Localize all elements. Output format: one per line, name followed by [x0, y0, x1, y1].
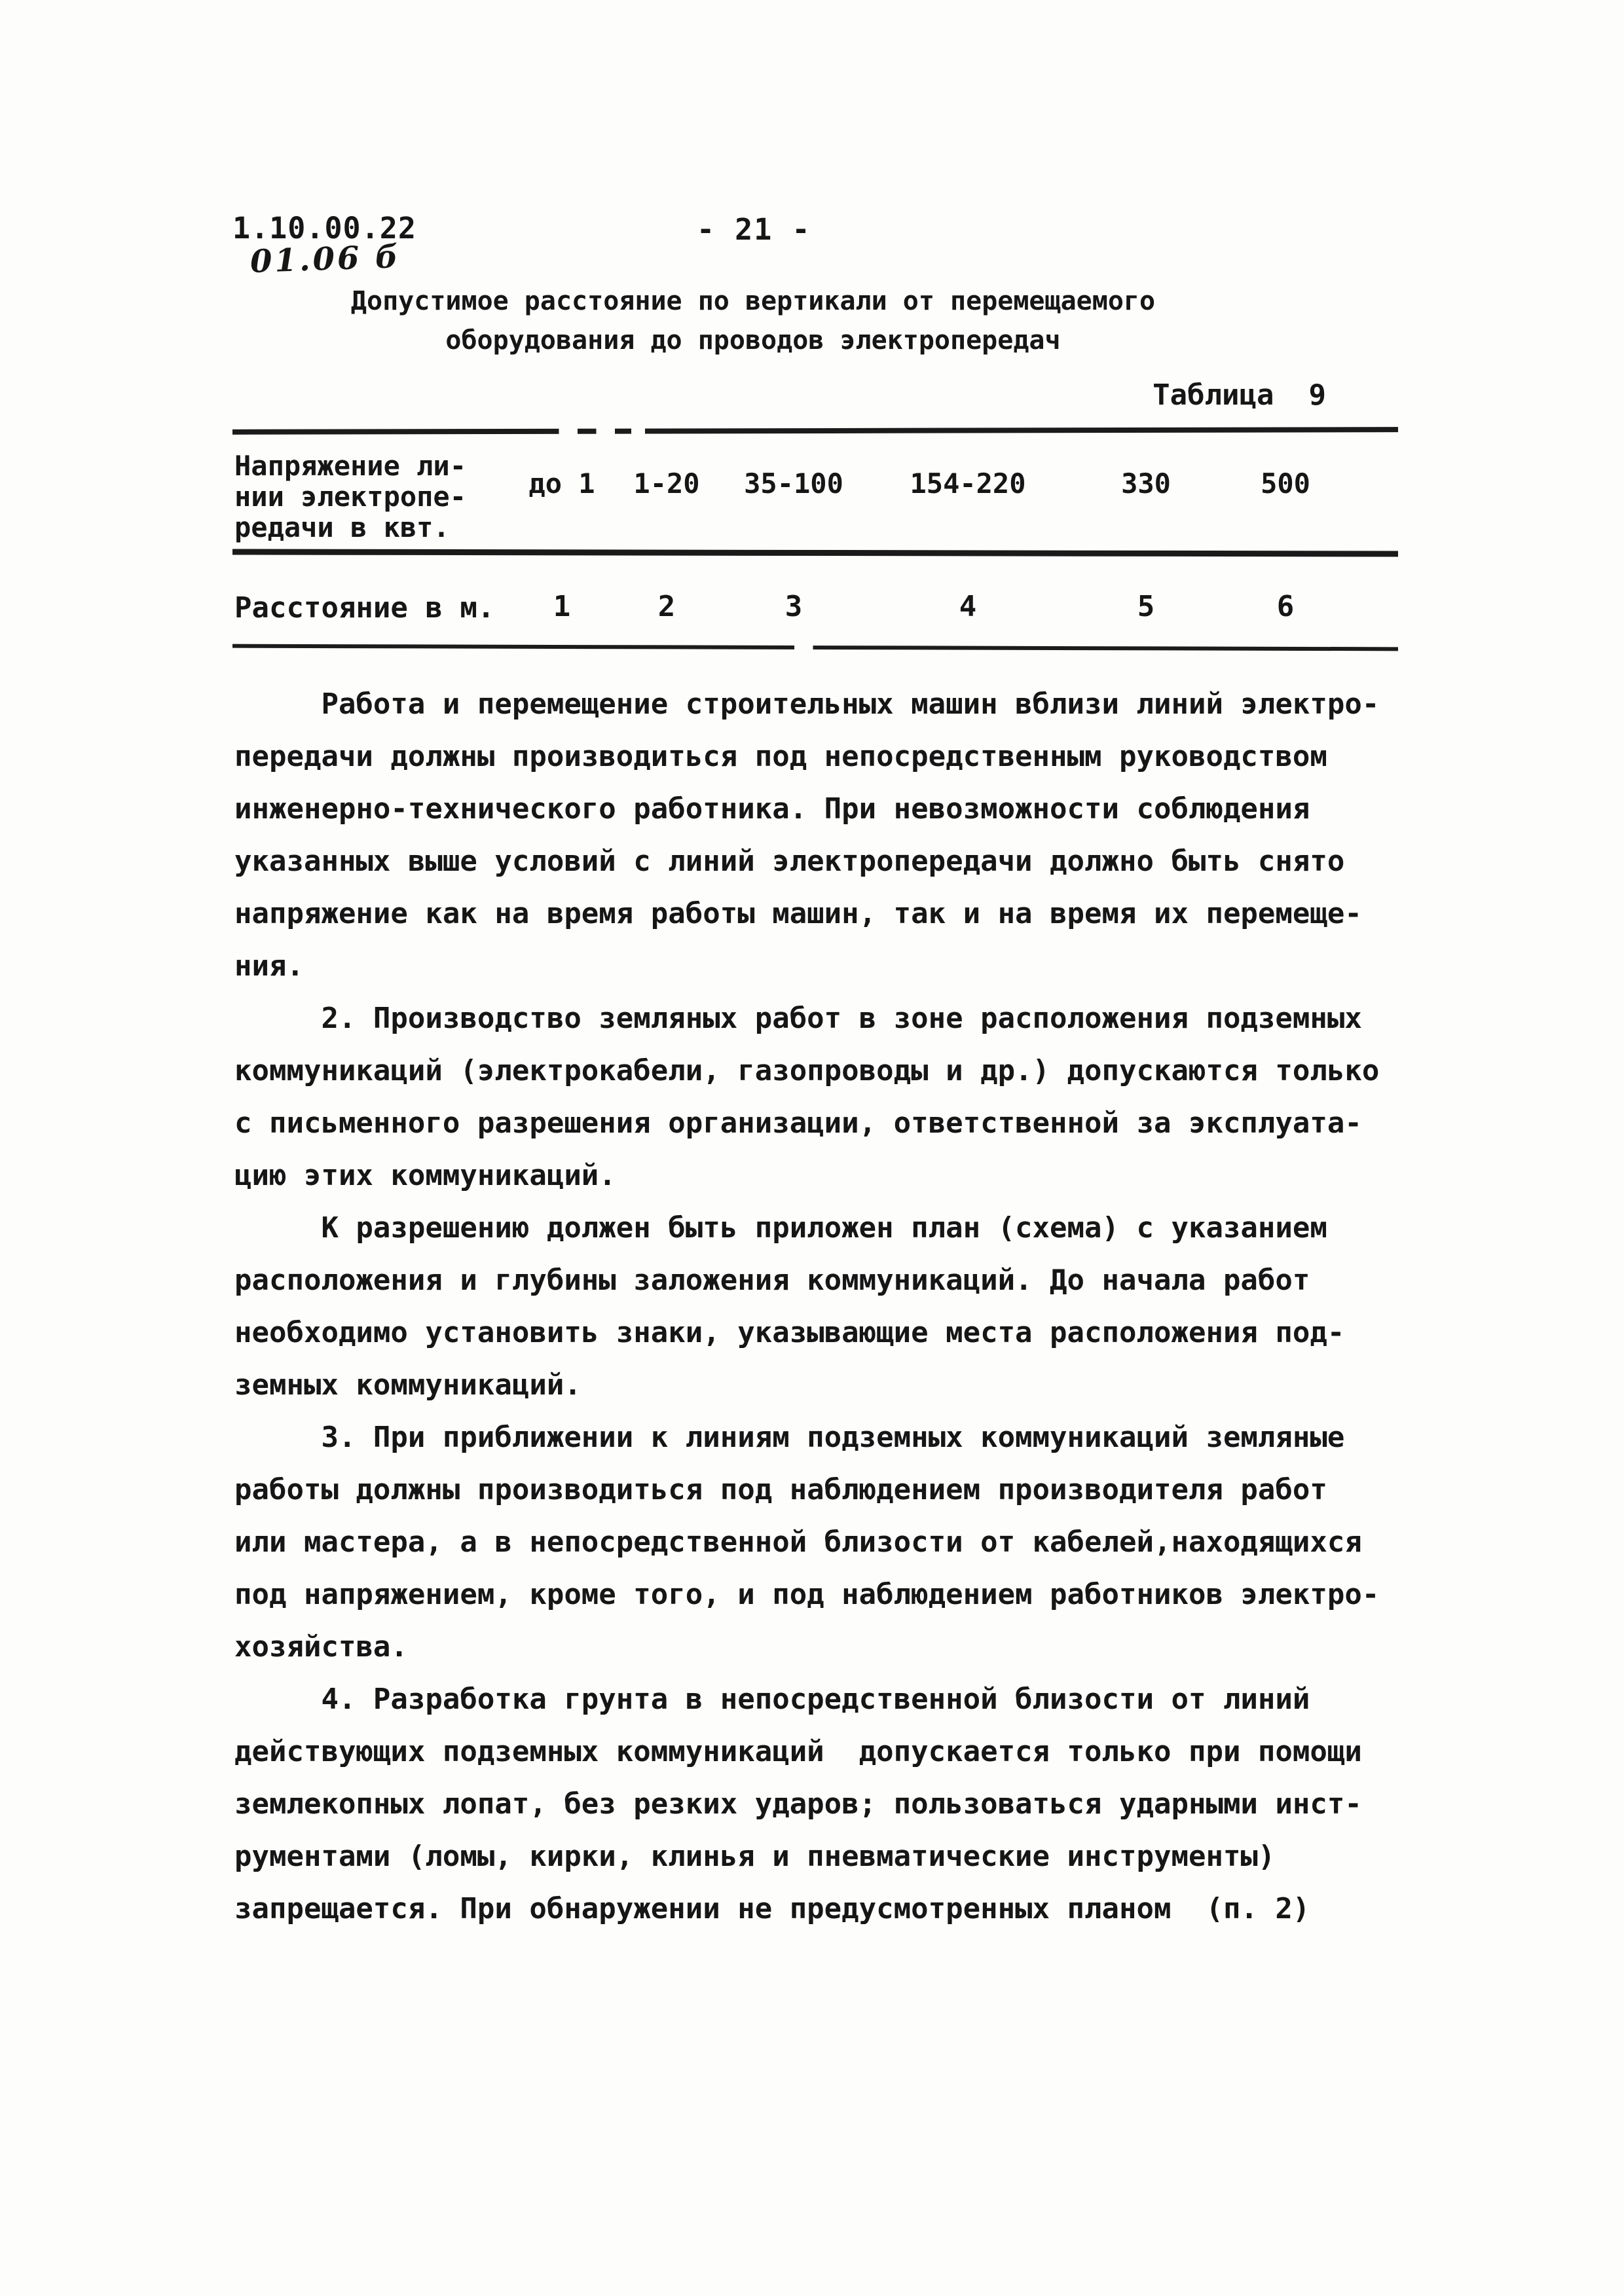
scanned-document-page: 1.10.00.22 01.06 б - 21 - Допустимое рас…	[0, 0, 1624, 2296]
table-cell-value: 3	[785, 590, 803, 623]
table-cell-value: 2	[658, 590, 676, 623]
table-col-header: 330	[1121, 467, 1171, 500]
table-col-header: 1-20	[633, 467, 699, 500]
table-col-header: 35-100	[744, 467, 843, 500]
table-row-label: Расстояние в м.	[234, 591, 494, 625]
document-title: Допустимое расстояние по вертикали от пе…	[232, 282, 1274, 360]
table-cell-value: 6	[1277, 590, 1295, 623]
table-col-header: 500	[1261, 467, 1310, 500]
table-cell-value: 5	[1137, 590, 1155, 623]
table-cell-value: 4	[959, 590, 977, 623]
table-rule-bottom	[232, 644, 1398, 651]
table-rule-middle	[232, 549, 1398, 556]
table-header-label: Напряжение ли- нии электропе- редачи в к…	[234, 450, 466, 543]
table-col-header: 154-220	[910, 467, 1025, 500]
table-col-header: до 1	[528, 467, 595, 500]
handwritten-annotation: 01.06 б	[249, 238, 401, 280]
table-rule-top	[232, 427, 1398, 435]
table-caption: Таблица 9	[1048, 378, 1326, 412]
table-cell-value: 1	[553, 590, 571, 623]
page-number: - 21 -	[697, 212, 811, 247]
body-text: Работа и перемещение строительных машин …	[234, 678, 1361, 1935]
